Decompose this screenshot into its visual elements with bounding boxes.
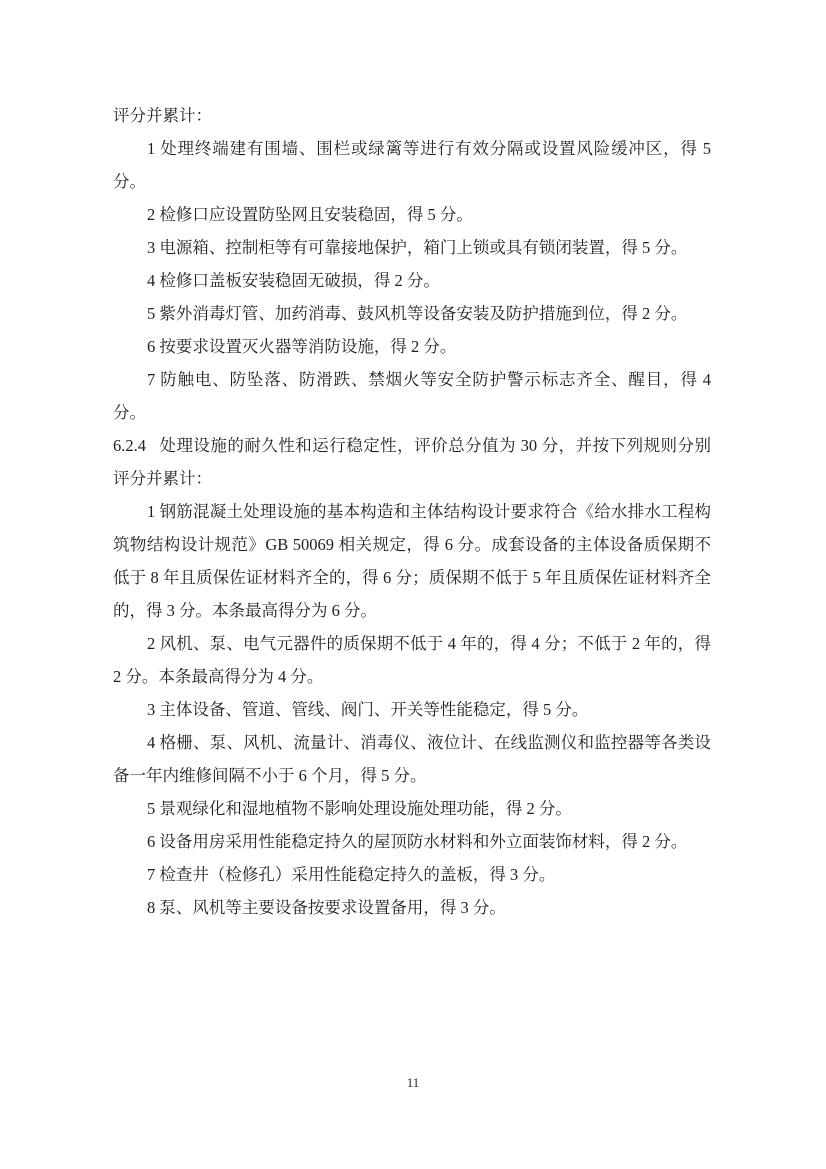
page-number: 11 — [0, 1074, 826, 1092]
durability-item-5: 5 景观绿化和湿地植物不影响处理设施处理功能，得 2 分。 — [113, 792, 711, 825]
safety-item-2: 2 检修口应设置防坠网且安装稳固，得 5 分。 — [113, 198, 711, 231]
durability-item-7: 7 检查井（检修孔）采用性能稳定持久的盖板，得 3 分。 — [113, 858, 711, 891]
scoring-lead-in: 评分并累计： — [113, 99, 711, 132]
document-page: 评分并累计： 1 处理终端建有围墙、围栏或绿篱等进行有效分隔或设置风险缓冲区，得… — [0, 0, 826, 1169]
safety-item-4: 4 检修口盖板安装稳固无破损，得 2 分。 — [113, 264, 711, 297]
clause-text: 处理设施的耐久性和运行稳定性，评价总分值为 30 分，并按下列规则分别评分并累计… — [113, 436, 711, 488]
safety-item-1: 1 处理终端建有围墙、围栏或绿篱等进行有效分隔或设置风险缓冲区，得 5 分。 — [113, 132, 711, 198]
durability-item-4: 4 格栅、泵、风机、流量计、消毒仪、液位计、在线监测仪和监控器等各类设备一年内维… — [113, 726, 711, 792]
durability-item-2: 2 风机、泵、电气元器件的质保期不低于 4 年的，得 4 分；不低于 2 年的，… — [113, 627, 711, 693]
safety-item-7: 7 防触电、防坠落、防滑跌、禁烟火等安全防护警示标志齐全、醒目，得 4 分。 — [113, 363, 711, 429]
durability-item-1: 1 钢筋混凝土处理设施的基本构造和主体结构设计要求符合《给水排水工程构筑物结构设… — [113, 495, 711, 627]
durability-item-8: 8 泵、风机等主要设备按要求设置备用，得 3 分。 — [113, 891, 711, 924]
safety-item-6: 6 按要求设置灭火器等消防设施，得 2 分。 — [113, 330, 711, 363]
clause-number: 6.2.4 — [113, 436, 146, 455]
safety-item-3: 3 电源箱、控制柜等有可靠接地保护，箱门上锁或具有锁闭装置，得 5 分。 — [113, 231, 711, 264]
durability-item-6: 6 设备用房采用性能稳定持久的屋顶防水材料和外立面装饰材料，得 2 分。 — [113, 825, 711, 858]
durability-item-3: 3 主体设备、管道、管线、阀门、开关等性能稳定，得 5 分。 — [113, 693, 711, 726]
safety-item-5: 5 紫外消毒灯管、加药消毒、鼓风机等设备安装及防护措施到位，得 2 分。 — [113, 297, 711, 330]
page-body-text: 评分并累计： 1 处理终端建有围墙、围栏或绿篱等进行有效分隔或设置风险缓冲区，得… — [113, 99, 711, 924]
clause-6-2-4: 6.2.4处理设施的耐久性和运行稳定性，评价总分值为 30 分，并按下列规则分别… — [113, 429, 711, 495]
